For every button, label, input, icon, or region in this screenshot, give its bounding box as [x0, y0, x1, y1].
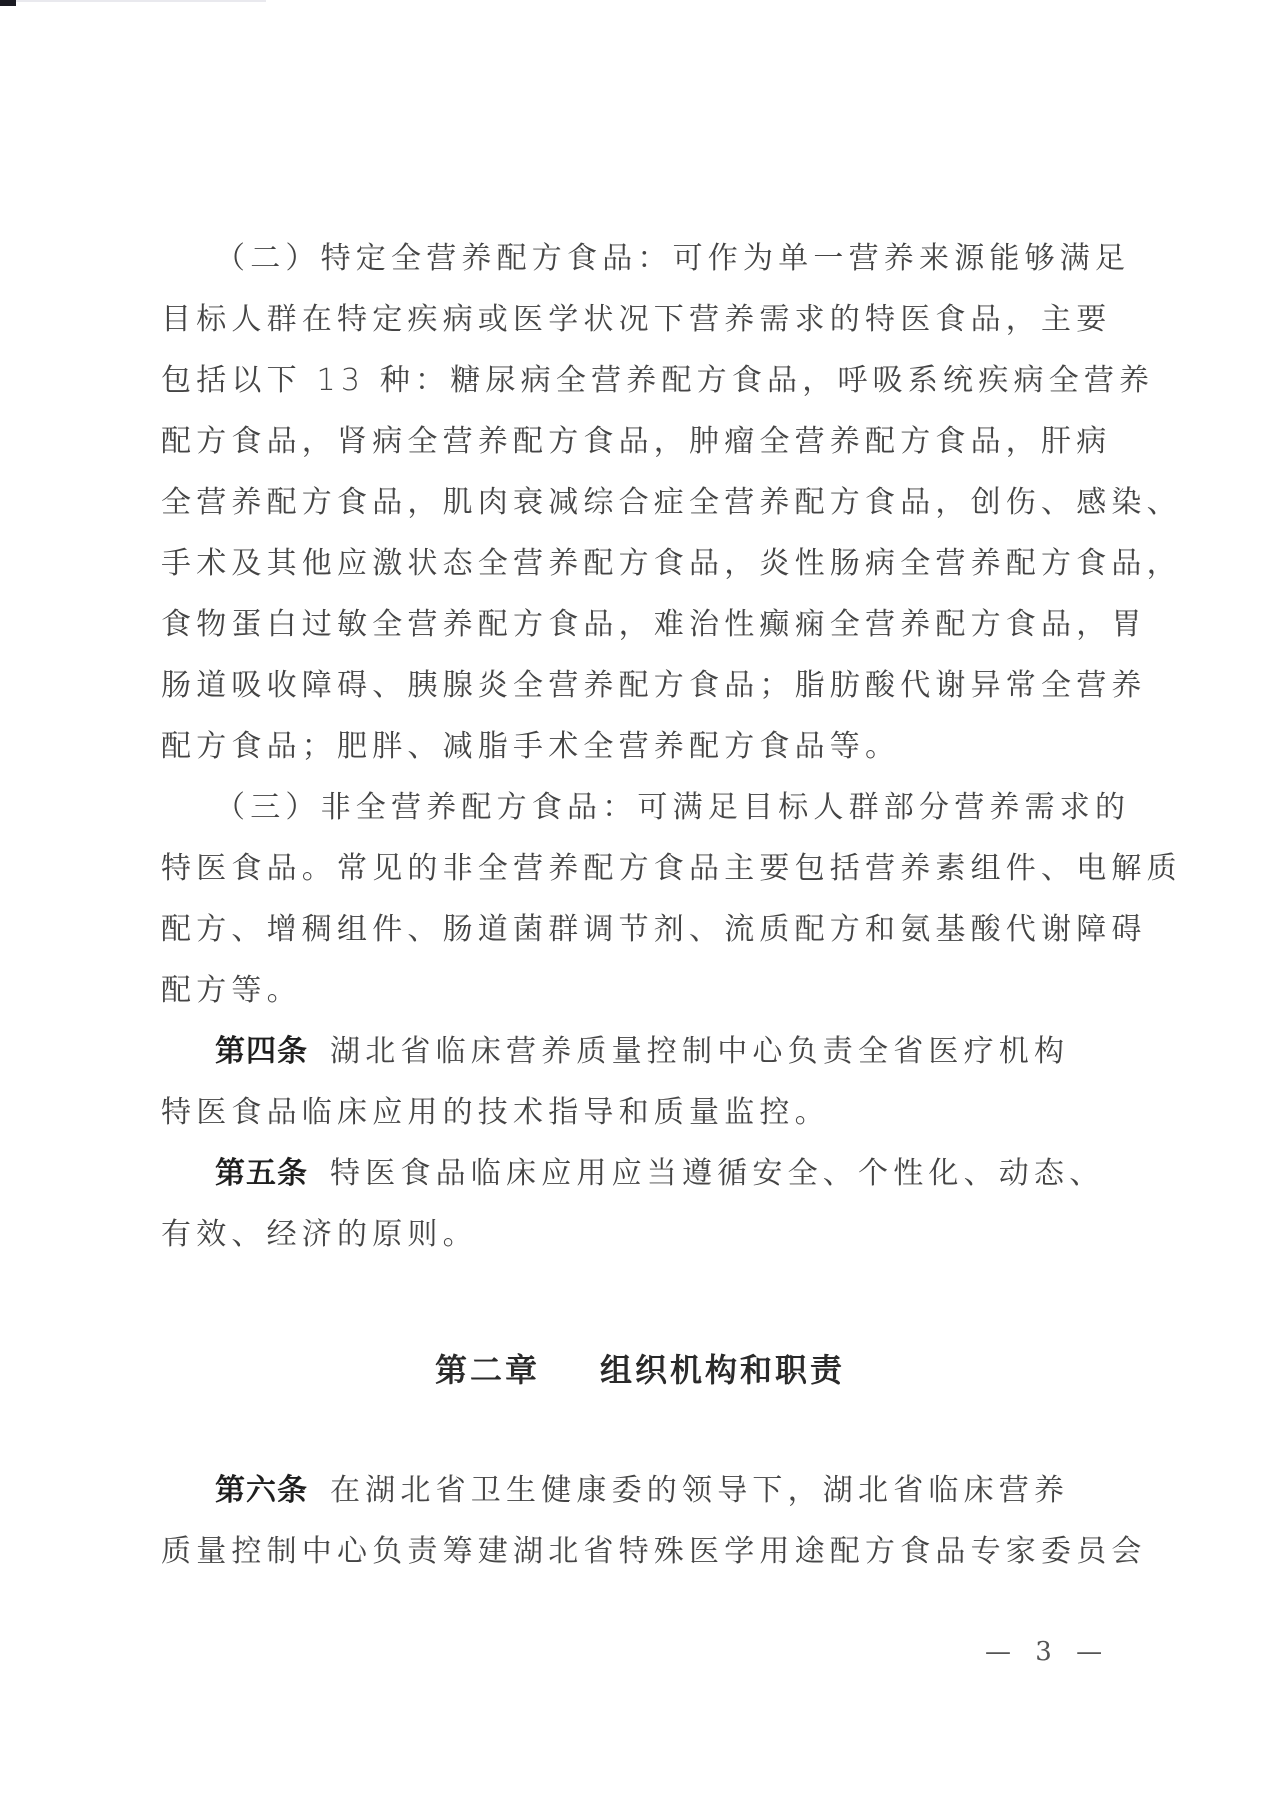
text-line: 在湖北省卫生健康委的领导下，湖北省临床营养 [330, 1473, 1069, 1508]
text-line: 全营养配方食品，肌肉衰减综合症全营养配方食品，创伤、感染、 [161, 472, 1130, 533]
article-4: 第四条湖北省临床营养质量控制中心负责全省医疗机构 特医食品临床应用的技术指导和质… [185, 1021, 1130, 1143]
article-5: 第五条特医食品临床应用应当遵循安全、个性化、动态、 有效、经济的原则。 [185, 1143, 1130, 1265]
chapter-heading: 第二章组织机构和职责 [0, 1345, 1280, 1391]
paragraph-special-full-nutrition: （二）特定全营养配方食品：可作为单一营养来源能够满足 目标人群在特定疾病或医学状… [185, 228, 1130, 777]
text-line: 特医食品临床应用应当遵循安全、个性化、动态、 [330, 1156, 1104, 1191]
chapter-number: 第二章 [435, 1351, 540, 1389]
text-line: 包括以下 13 种：糖尿病全营养配方食品，呼吸系统疾病全营养 [161, 350, 1130, 411]
chapter-title: 组织机构和职责 [600, 1351, 845, 1389]
article-label: 第五条 [215, 1156, 308, 1191]
scan-artifact-line [16, 0, 266, 2]
text-line: 特医食品临床应用的技术指导和质量监控。 [161, 1082, 1130, 1143]
page-number: — 3 — [985, 1637, 1110, 1667]
paragraph-non-full-nutrition: （三）非全营养配方食品：可满足目标人群部分营养需求的 特医食品。常见的非全营养配… [185, 777, 1130, 1021]
scan-artifact [0, 0, 16, 6]
text-line: 配方等。 [161, 960, 1130, 1021]
text-line: 配方食品，肾病全营养配方食品，肿瘤全营养配方食品，肝病 [161, 411, 1130, 472]
article-6: 第六条在湖北省卫生健康委的领导下，湖北省临床营养 质量控制中心负责筹建湖北省特殊… [185, 1460, 1130, 1582]
article-label: 第六条 [215, 1473, 308, 1508]
text-line: 食物蛋白过敏全营养配方食品，难治性癫痫全营养配方食品，胃 [161, 594, 1130, 655]
text-line: 配方、增稠组件、肠道菌群调节剂、流质配方和氨基酸代谢障碍 [161, 899, 1130, 960]
text-line: 质量控制中心负责筹建湖北省特殊医学用途配方食品专家委员会 [161, 1521, 1130, 1582]
text-line: 配方食品；肥胖、减脂手术全营养配方食品等。 [161, 716, 1130, 777]
text-line: 手术及其他应激状态全营养配方食品，炎性肠病全营养配方食品， [161, 533, 1130, 594]
text-line: （二）特定全营养配方食品：可作为单一营养来源能够满足 [185, 228, 1130, 289]
text-line: 有效、经济的原则。 [161, 1204, 1130, 1265]
text-line: 特医食品。常见的非全营养配方食品主要包括营养素组件、电解质 [161, 838, 1130, 899]
text-line: （三）非全营养配方食品：可满足目标人群部分营养需求的 [185, 777, 1130, 838]
text-line: 目标人群在特定疾病或医学状况下营养需求的特医食品，主要 [161, 289, 1130, 350]
text-line: 湖北省临床营养质量控制中心负责全省医疗机构 [330, 1034, 1069, 1069]
document-body: （二）特定全营养配方食品：可作为单一营养来源能够满足 目标人群在特定疾病或医学状… [185, 228, 1130, 1265]
article-label: 第四条 [215, 1034, 308, 1069]
text-line: 肠道吸收障碍、胰腺炎全营养配方食品；脂肪酸代谢异常全营养 [161, 655, 1130, 716]
